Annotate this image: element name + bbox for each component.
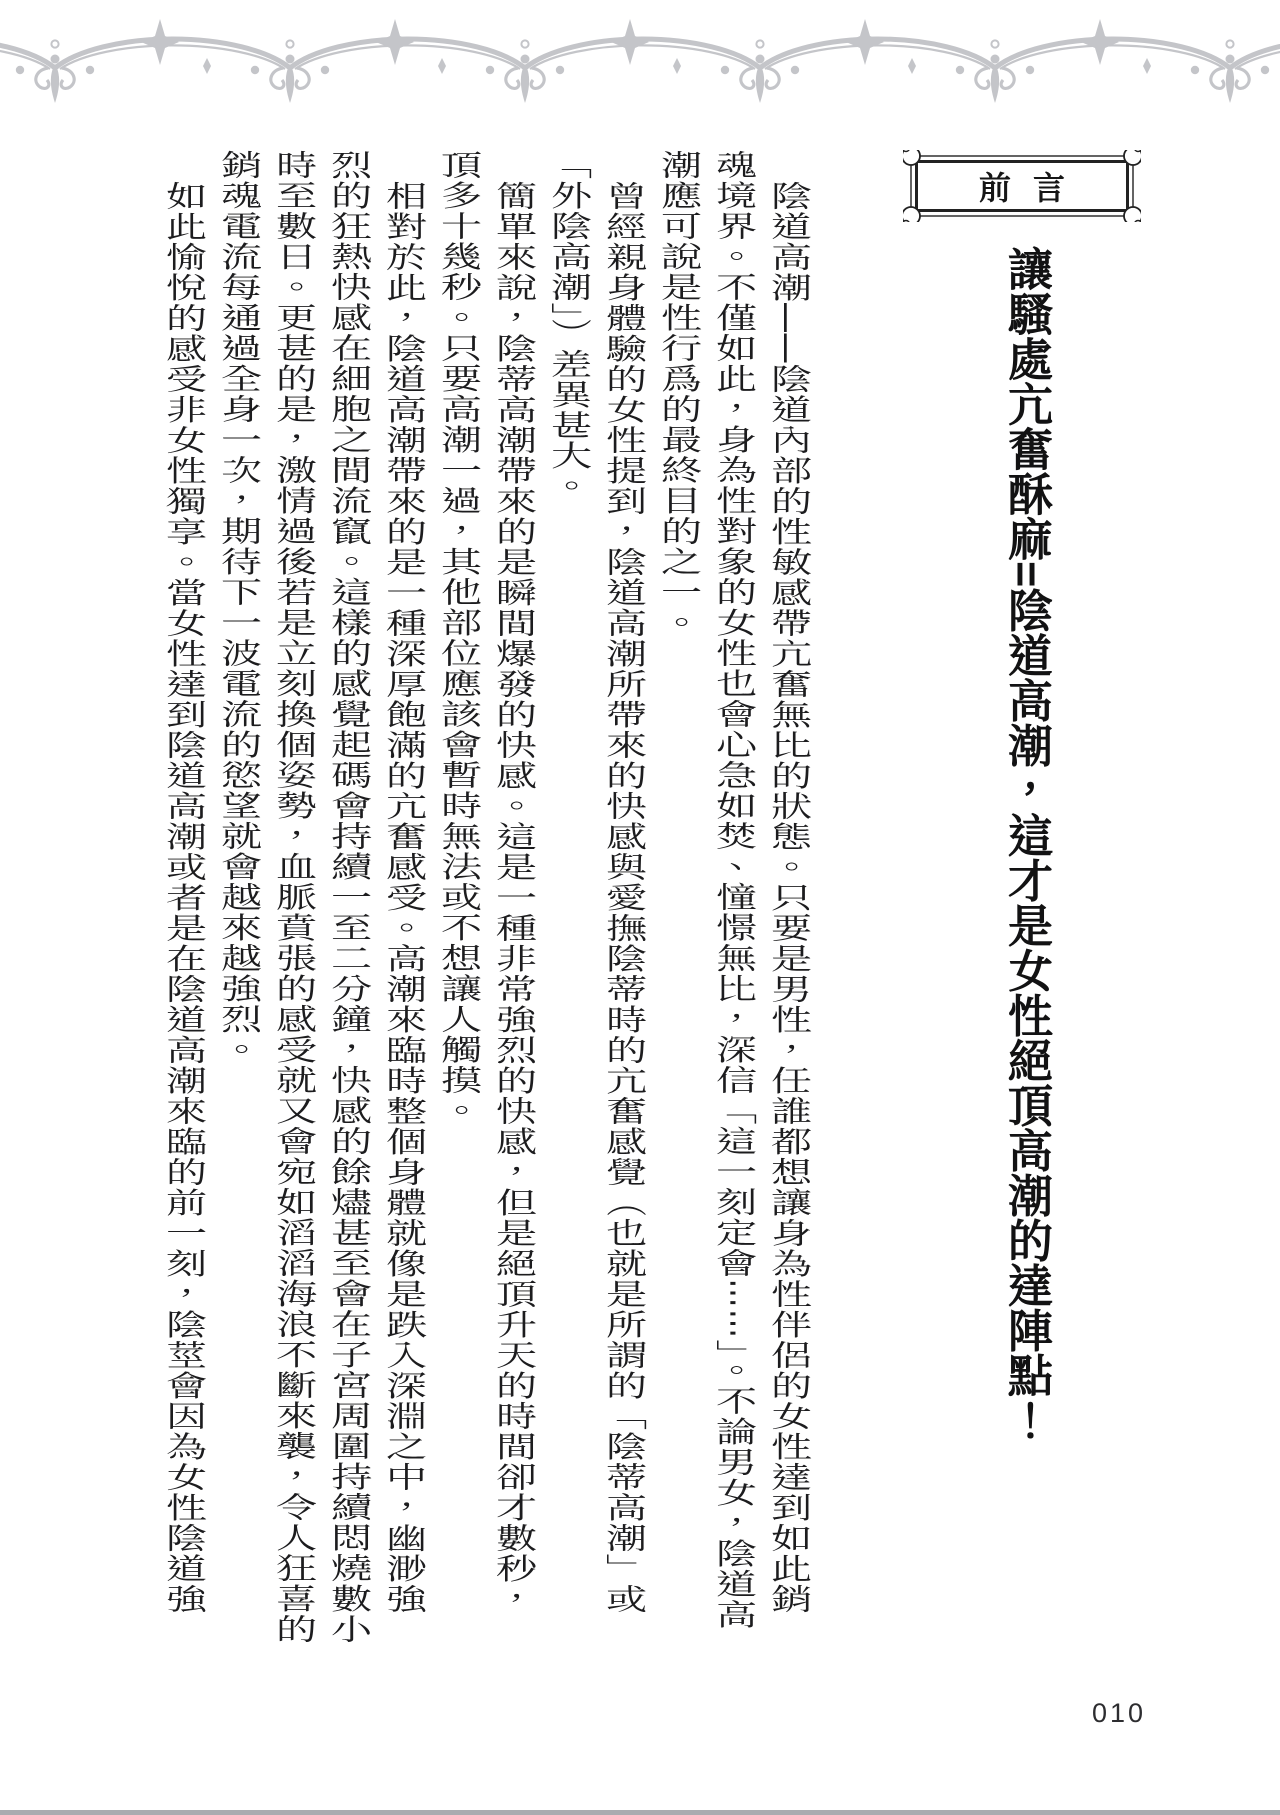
chapter-title-part2: 陰道高潮，這才是女性絕頂高潮的達陣點！ — [1001, 587, 1052, 1442]
decorative-top-border-icon — [0, 6, 1280, 111]
chapter-title-equals: = — [1001, 561, 1052, 587]
preface-box: 前言 — [903, 150, 1141, 222]
page-bottom-edge — [0, 1810, 1280, 1815]
chapter-title-part1: 讓騷處亢奮酥麻 — [1001, 246, 1052, 561]
text-column-12: 如此愉悅的感受非女性獨享。當女性達到陰道高潮或者是在陰道高潮來臨的前一刻，陰莖會… — [150, 150, 215, 1675]
chapter-title: 讓騷處亢奮酥麻=陰道高潮，這才是女性絕頂高潮的達陣點！ — [999, 246, 1053, 1506]
book-page: 前言 讓騷處亢奮酥麻=陰道高潮，這才是女性絕頂高潮的達陣點！ 陰道高潮——陰道內… — [0, 0, 1280, 1815]
page-number: 010 — [1092, 1698, 1146, 1729]
preface-label: 前言 — [903, 150, 1141, 222]
